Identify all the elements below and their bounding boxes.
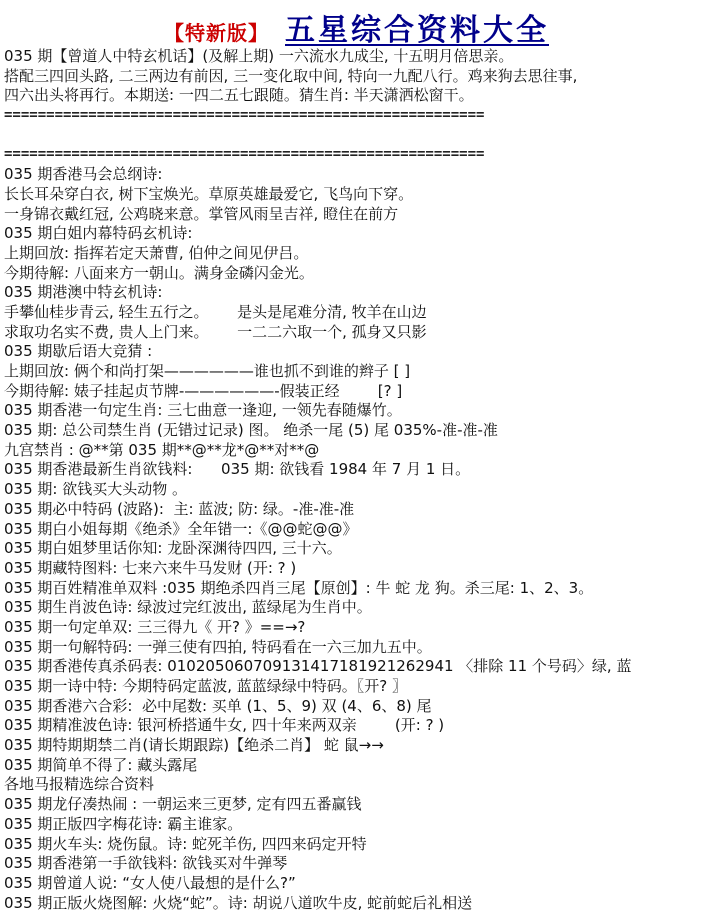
text-line: 上期回放: 俩个和尚打架——————谁也抓不到谁的辫子 [ ]	[4, 362, 713, 382]
text-line: 035 期: 欲钱买大头动物 。	[4, 480, 713, 500]
section-heading: 035 期白姐内幕特码玄机诗:	[4, 224, 713, 244]
text-line: 035 期正版四字梅花诗: 霸主谁家。	[4, 815, 713, 835]
page-header: 【特新版】 五星综合资料大全	[0, 0, 713, 47]
text-line: 求取功名实不费, 贵人上门来。 一二二六取一个, 孤身又只影	[4, 323, 713, 343]
text-line: 035 期百姓精准单双料 :035 期绝杀四肖三尾【原创】: 牛 蛇 龙 狗。杀…	[4, 579, 713, 599]
text-line: 035 期生肖波色诗: 绿波过完红波出, 蓝绿尾为生肖中。	[4, 598, 713, 618]
text-line: 035 期香港传真杀码表: 01020506070913141718192126…	[4, 657, 713, 677]
text-line: 035 期一句定单双: 三三得九《 开? 》==→?	[4, 618, 713, 638]
text-line: 035 期【曾道人中特玄机话】(及解上期) 一六流水九成尘, 十五明月倍思亲。	[4, 47, 713, 67]
text-line: 一身锦衣戴红冠, 公鸡晓来意。掌管风雨呈吉祥, 瞪住在前方	[4, 205, 713, 225]
section-heading: 035 期香港马会总纲诗:	[4, 165, 713, 185]
text-line: 035 期特期期禁二肖(请长期跟踪)【绝杀二肖】 蛇 鼠→→	[4, 736, 713, 756]
text-line: 035 期白姐梦里话你知: 龙卧深渊待四四, 三十六。	[4, 539, 713, 559]
text-line: 035 期香港六合彩: 必中尾数: 买单 (1、5、9) 双 (4、6、8) 尾	[4, 697, 713, 717]
text-line: 长长耳朵穿白衣, 树下宝焕光。草原英雄最爱它, 飞鸟向下穿。	[4, 185, 713, 205]
text-line: 上期回放: 指挥若定天萧曹, 伯仲之间见伊吕。	[4, 244, 713, 264]
page-title: 五星综合资料大全	[285, 5, 549, 49]
section-heading: 各地马报精选综合资料	[4, 775, 713, 795]
text-line: 四六出头将再行。本期送: 一四二五七跟随。猜生肖: 半天潇洒松窗干。	[4, 86, 713, 106]
text-line: 035 期精准波色诗: 银河桥搭通牛女, 四十年来两双亲 (开: ? )	[4, 716, 713, 736]
blank-line	[4, 126, 713, 146]
text-line: 今期待解: 八面来方一朝山。满身金磷闪金光。	[4, 264, 713, 284]
text-line: 035 期白小姐每期《绝杀》全年错一:《@@蛇@@》	[4, 520, 713, 540]
text-line: 035 期曾道人说: “女人使八最想的是什么?”	[4, 874, 713, 894]
text-line: 035 期火车头: 烧伤鼠。诗: 蛇死羊伤, 四四来码定开特	[4, 835, 713, 855]
text-line: 035 期必中特码 (波路): 主: 蓝波; 防: 绿。-准-准-准	[4, 500, 713, 520]
edition-badge: 【特新版】	[164, 17, 269, 46]
text-line: 035 期一句解特码: 一弹三使有四拍, 特码看在一六三加九五中。	[4, 638, 713, 658]
separator-line: ========================================…	[4, 145, 554, 165]
text-line: 035 期香港最新生肖欲钱料: 035 期: 欲钱看 1984 年 7 月 1 …	[4, 460, 713, 480]
text-line: 035 期香港第一手欲钱料: 欲钱买对牛弹琴	[4, 854, 713, 874]
text-line: 035 期藏特图料: 七来六来牛马发财 (开: ? )	[4, 559, 713, 579]
text-line: 搭配三四回头路, 二三两边有前因, 三一变化取中间, 特向一九配八行。鸡来狗去思…	[4, 67, 713, 87]
document-body: 035 期【曾道人中特玄机话】(及解上期) 一六流水九成尘, 十五明月倍思亲。 …	[0, 47, 713, 913]
separator-line: ========================================…	[4, 106, 554, 126]
text-line: 035 期简单不得了: 藏头露尾	[4, 756, 713, 776]
section-heading: 035 期歇后语大竞猜 :	[4, 342, 713, 362]
text-line: 035 期一诗中特: 今期特码定蓝波, 蓝蓝绿绿中特码。〖开? 〗	[4, 677, 713, 697]
text-line: 手攀仙桂步青云, 轻生五行之。 是头是尾难分清, 牧羊在山边	[4, 303, 713, 323]
text-line: 九宫禁肖 : @**第 035 期**@**龙*@**对**@	[4, 441, 713, 461]
section-heading: 035 期港澳中特玄机诗:	[4, 283, 713, 303]
text-line: 035 期正版火烧图解: 火烧“蛇”。诗: 胡说八道吹牛皮, 蛇前蛇后礼相送	[4, 894, 713, 914]
text-line: 035 期: 总公司禁生肖 (无错过记录) 图。 绝杀一尾 (5) 尾 035%…	[4, 421, 713, 441]
text-line: 035 期龙仔凑热闹 : 一朝运来三更梦, 定有四五番赢钱	[4, 795, 713, 815]
text-line: 035 期香港一句定生肖: 三七曲意一逢迎, 一领先春随爆竹。	[4, 401, 713, 421]
text-line: 今期待解: 婊子挂起贞节牌-——————-假装正经 [? ]	[4, 382, 713, 402]
